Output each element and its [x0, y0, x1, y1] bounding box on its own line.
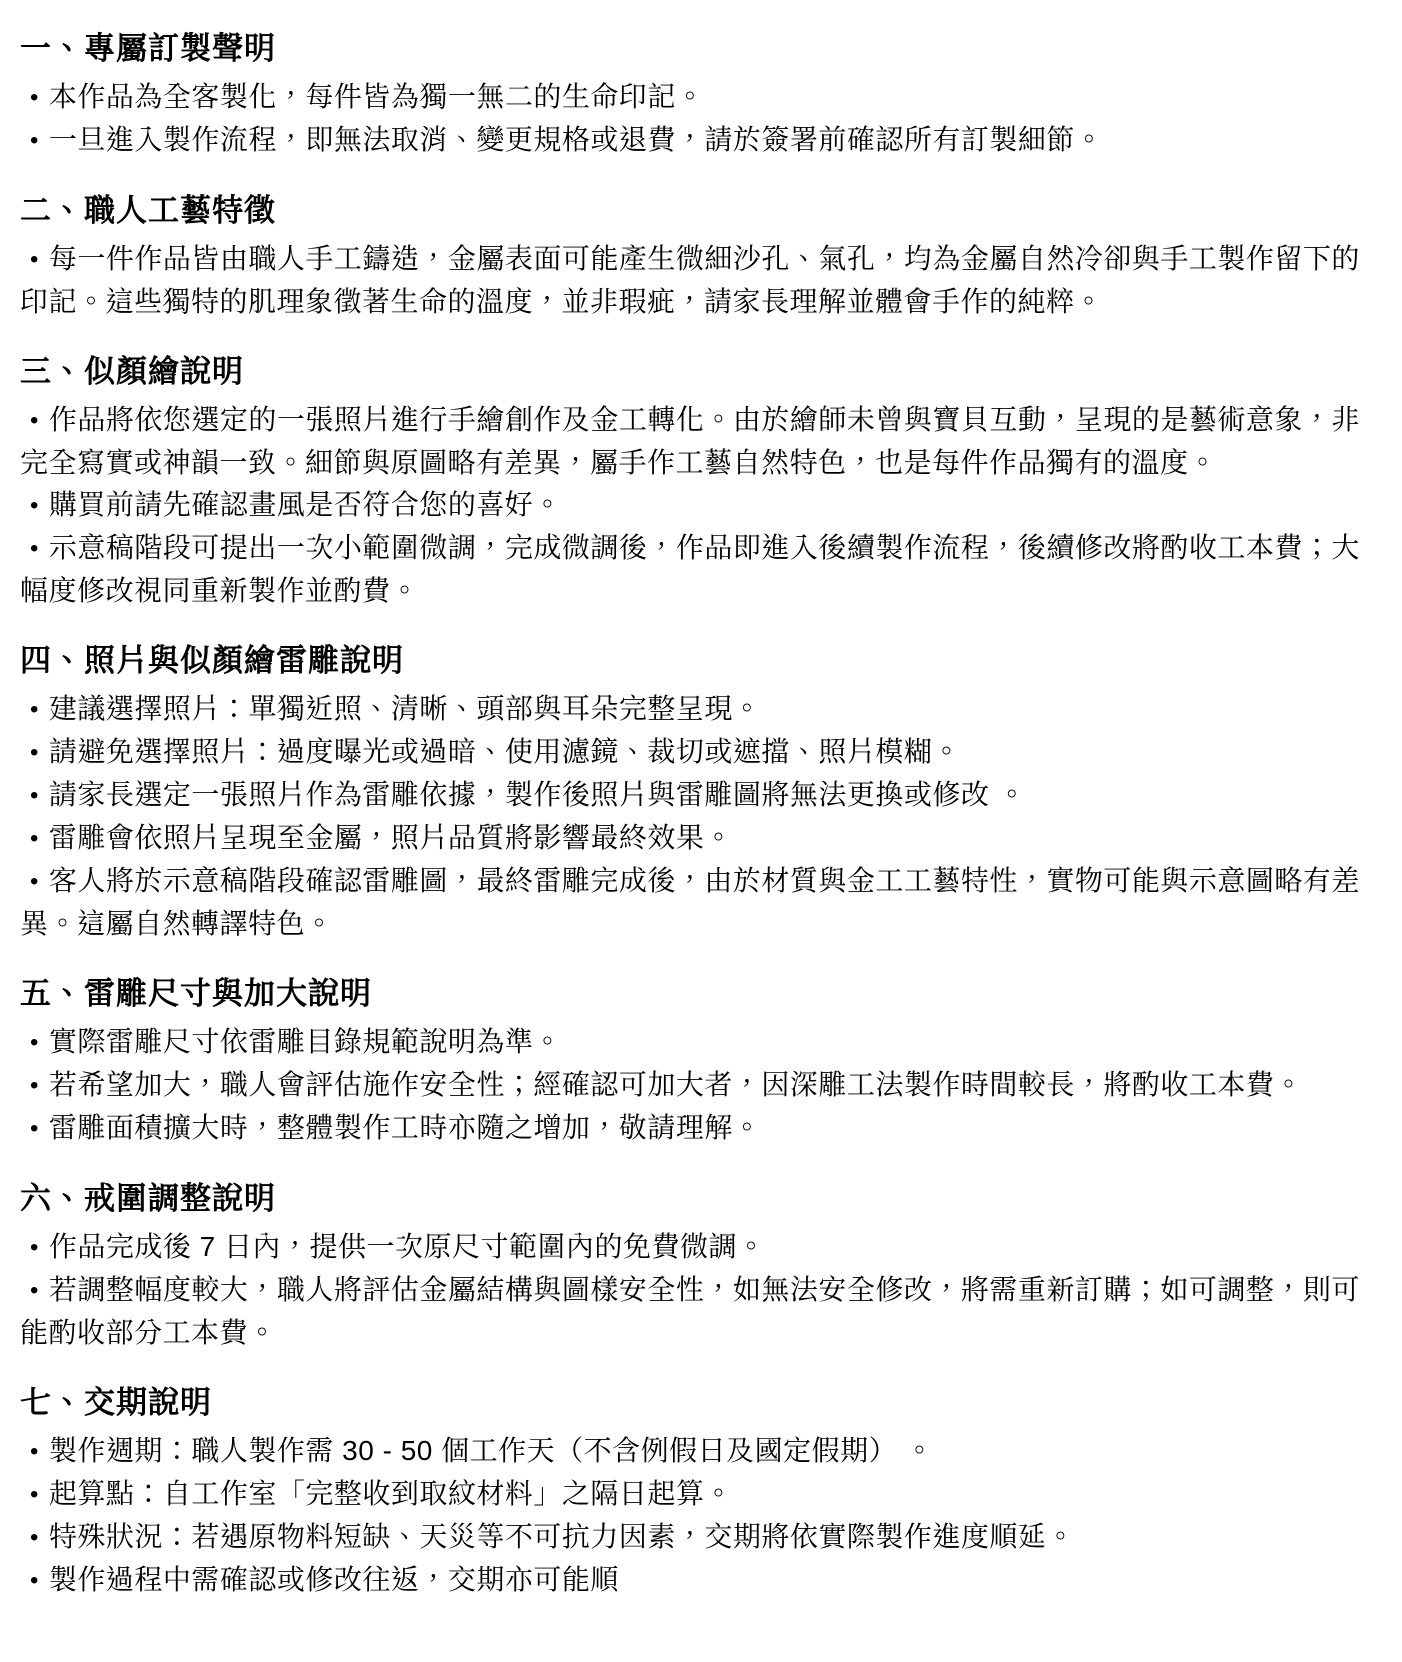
list-item: •實際雷雕尺寸依雷雕目錄規範說明為準。: [20, 1021, 1378, 1064]
list-item-text: 雷雕面積擴大時，整體製作工時亦隨之增加，敬請理解。: [49, 1112, 762, 1143]
list-item: •示意稿階段可提出一次小範圍微調，完成微調後，作品即進入後續製作流程，後續修改將…: [20, 527, 1378, 612]
list-item-text: 請避免選擇照片：過度曝光或過暗、使用濾鏡、裁切或遮擋、照片模糊。: [49, 736, 961, 767]
terms-document: 一、專屬訂製聲明 •本作品為全客製化，每件皆為獨一無二的生命印記。 •一旦進入製…: [0, 0, 1402, 1662]
bullet-icon: •: [30, 1227, 39, 1269]
list-item: •客人將於示意稿階段確認雷雕圖，最終雷雕完成後，由於材質與金工工藝特性，實物可能…: [20, 860, 1378, 945]
list-item: •每一件作品皆由職人手工鑄造，金屬表面可能產生微細沙孔、氣孔，均為金屬自然冷卻與…: [20, 238, 1378, 323]
list-item: •若調整幅度較大，職人將評估金屬結構與圖樣安全性，如無法安全修改，將需重新訂購；…: [20, 1269, 1378, 1354]
section-title: 二、職人工藝特徵: [20, 188, 1378, 234]
bullet-icon: •: [30, 775, 39, 817]
bullet-icon: •: [30, 528, 39, 570]
list-item-text: 特殊狀況：若遇原物料短缺、天災等不可抗力因素，交期將依實際製作進度順延。: [49, 1521, 1075, 1552]
section-portrait-illustration: 三、似顏繪說明 •作品將依您選定的一張照片進行手繪創作及金工轉化。由於繪師未曾與…: [20, 349, 1378, 612]
bullet-icon: •: [30, 1560, 39, 1602]
section-title: 四、照片與似顏繪雷雕說明: [20, 638, 1378, 684]
bullet-icon: •: [30, 1431, 39, 1473]
list-item: •起算點：自工作室「完整收到取紋材料」之隔日起算。: [20, 1473, 1378, 1516]
list-item: •作品完成後 7 日內，提供一次原尺寸範圍內的免費微調。: [20, 1226, 1378, 1269]
bullet-icon: •: [30, 485, 39, 527]
list-item-text: 作品完成後 7 日內，提供一次原尺寸範圍內的免費微調。: [49, 1231, 766, 1262]
list-item-text: 若希望加大，職人會評估施作安全性；經確認可加大者，因深雕工法製作時間較長，將酌收…: [49, 1069, 1303, 1100]
list-item-text: 一旦進入製作流程，即無法取消、變更規格或退費，請於簽署前確認所有訂製細節。: [49, 124, 1104, 155]
list-item: •建議選擇照片：單獨近照、清晰、頭部與耳朵完整呈現。: [20, 688, 1378, 731]
list-item: •製作週期：職人製作需 30 - 50 個工作天（不含例假日及國定假期） 。: [20, 1430, 1378, 1473]
list-item: •製作過程中需確認或修改往返，交期亦可能順: [20, 1559, 1378, 1602]
list-item-text: 作品將依您選定的一張照片進行手繪創作及金工轉化。由於繪師未曾與寶貝互動，呈現的是…: [20, 404, 1360, 478]
list-item-text: 客人將於示意稿階段確認雷雕圖，最終雷雕完成後，由於材質與金工工藝特性，實物可能與…: [20, 865, 1360, 939]
list-item: •本作品為全客製化，每件皆為獨一無二的生命印記。: [20, 76, 1378, 119]
list-item-text: 實際雷雕尺寸依雷雕目錄規範說明為準。: [49, 1026, 562, 1057]
section-title: 六、戒圍調整說明: [20, 1176, 1378, 1222]
list-item-text: 購買前請先確認畫風是否符合您的喜好。: [49, 489, 562, 520]
bullet-icon: •: [30, 77, 39, 119]
list-item: •特殊狀況：若遇原物料短缺、天災等不可抗力因素，交期將依實際製作進度順延。: [20, 1516, 1378, 1559]
list-item: •雷雕面積擴大時，整體製作工時亦隨之增加，敬請理解。: [20, 1107, 1378, 1150]
list-item: •請避免選擇照片：過度曝光或過暗、使用濾鏡、裁切或遮擋、照片模糊。: [20, 731, 1378, 774]
bullet-icon: •: [30, 732, 39, 774]
section-title: 七、交期說明: [20, 1380, 1378, 1426]
section-delivery-schedule: 七、交期說明 •製作週期：職人製作需 30 - 50 個工作天（不含例假日及國定…: [20, 1380, 1378, 1602]
section-engraving-size: 五、雷雕尺寸與加大說明 •實際雷雕尺寸依雷雕目錄規範說明為準。 •若希望加大，職…: [20, 971, 1378, 1150]
list-item-text: 建議選擇照片：單獨近照、清晰、頭部與耳朵完整呈現。: [49, 693, 762, 724]
bullet-icon: •: [30, 1065, 39, 1107]
section-title: 三、似顏繪說明: [20, 349, 1378, 395]
list-item: •若希望加大，職人會評估施作安全性；經確認可加大者，因深雕工法製作時間較長，將酌…: [20, 1064, 1378, 1107]
bullet-icon: •: [30, 861, 39, 903]
bullet-icon: •: [30, 818, 39, 860]
list-item-text: 製作週期：職人製作需 30 - 50 個工作天（不含例假日及國定假期） 。: [49, 1435, 934, 1466]
bullet-icon: •: [30, 1270, 39, 1312]
bullet-icon: •: [30, 1517, 39, 1559]
section-title: 一、專屬訂製聲明: [20, 26, 1378, 72]
bullet-icon: •: [30, 120, 39, 162]
list-item: •作品將依您選定的一張照片進行手繪創作及金工轉化。由於繪師未曾與寶貝互動，呈現的…: [20, 399, 1378, 484]
bullet-icon: •: [30, 1022, 39, 1064]
bullet-icon: •: [30, 400, 39, 442]
list-item-text: 雷雕會依照片呈現至金屬，照片品質將影響最終效果。: [49, 822, 733, 853]
list-item: •雷雕會依照片呈現至金屬，照片品質將影響最終效果。: [20, 817, 1378, 860]
bullet-icon: •: [30, 1474, 39, 1516]
bullet-icon: •: [30, 1108, 39, 1150]
section-custom-order-statement: 一、專屬訂製聲明 •本作品為全客製化，每件皆為獨一無二的生命印記。 •一旦進入製…: [20, 26, 1378, 162]
list-item: •請家長選定一張照片作為雷雕依據，製作後照片與雷雕圖將無法更換或修改 。: [20, 774, 1378, 817]
list-item: •一旦進入製作流程，即無法取消、變更規格或退費，請於簽署前確認所有訂製細節。: [20, 119, 1378, 162]
bullet-icon: •: [30, 689, 39, 731]
list-item-text: 若調整幅度較大，職人將評估金屬結構與圖樣安全性，如無法安全修改，將需重新訂購；如…: [20, 1274, 1360, 1348]
list-item: •購買前請先確認畫風是否符合您的喜好。: [20, 484, 1378, 527]
section-ring-size-adjustment: 六、戒圍調整說明 •作品完成後 7 日內，提供一次原尺寸範圍內的免費微調。 •若…: [20, 1176, 1378, 1354]
bullet-icon: •: [30, 239, 39, 281]
section-title: 五、雷雕尺寸與加大說明: [20, 971, 1378, 1017]
list-item-text: 製作過程中需確認或修改往返，交期亦可能順: [49, 1564, 619, 1595]
list-item-text: 起算點：自工作室「完整收到取紋材料」之隔日起算。: [49, 1478, 733, 1509]
list-item-text: 示意稿階段可提出一次小範圍微調，完成微調後，作品即進入後續製作流程，後續修改將酌…: [20, 532, 1360, 606]
list-item-text: 本作品為全客製化，每件皆為獨一無二的生命印記。: [49, 81, 705, 112]
list-item-text: 每一件作品皆由職人手工鑄造，金屬表面可能產生微細沙孔、氣孔，均為金屬自然冷卻與手…: [20, 243, 1360, 317]
section-photo-engraving: 四、照片與似顏繪雷雕說明 •建議選擇照片：單獨近照、清晰、頭部與耳朵完整呈現。 …: [20, 638, 1378, 945]
section-craftsmanship-features: 二、職人工藝特徵 •每一件作品皆由職人手工鑄造，金屬表面可能產生微細沙孔、氣孔，…: [20, 188, 1378, 323]
list-item-text: 請家長選定一張照片作為雷雕依據，製作後照片與雷雕圖將無法更換或修改 。: [49, 779, 1026, 810]
